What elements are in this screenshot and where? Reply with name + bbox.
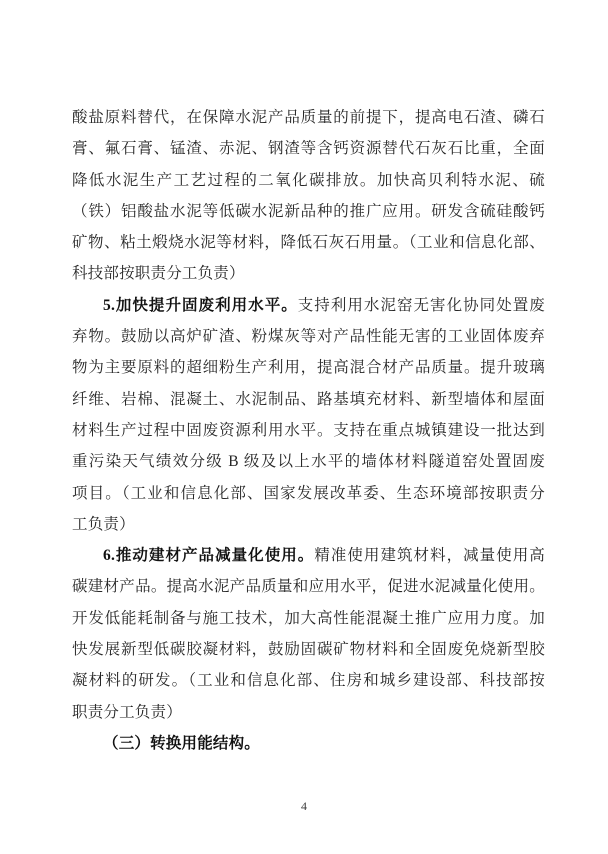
- text-line: 重污染天气绩效分级 B 级及以上水平的墙体材料隧道窑处置固废: [72, 446, 545, 477]
- text-line: 弃物。鼓励以高炉矿渣、粉煤灰等对产品性能无害的工业固体废弃: [72, 321, 545, 352]
- text-line: 项目。（工业和信息化部、国家发展改革委、生态环境部按职责分: [72, 478, 545, 509]
- text-line: 材料生产过程中固废资源利用水平。支持在重点城镇建设一批达到: [72, 415, 545, 446]
- text-run: 精准使用建筑材料，减量使用高: [314, 547, 545, 564]
- page-number: 4: [0, 799, 608, 814]
- item-5-bold-lead: 5.加快提升固废利用水平。: [103, 297, 298, 314]
- text-line: 降低水泥生产工艺过程的二氧化碳排放。加快高贝利特水泥、硫: [72, 165, 545, 196]
- text-line: 膏、氟石膏、锰渣、赤泥、钢渣等含钙资源替代石灰石比重，全面: [72, 133, 545, 164]
- paragraph-5-solid-waste-utilization: 5.加快提升固废利用水平。支持利用水泥窑无害化协同处置废 弃物。鼓励以高炉矿渣、…: [72, 290, 545, 540]
- text-line: 职责分工负责）: [72, 697, 545, 728]
- section-heading-text: （三）转换用能结构。: [103, 735, 260, 752]
- text-line: （铁）铝酸盐水泥等低碳水泥新品种的推广应用。研发含硫硅酸钙: [72, 196, 545, 227]
- text-line: 工负责）: [72, 509, 545, 540]
- document-body: 酸盐原料替代，在保障水泥产品质量的前提下，提高电石渣、磷石 膏、氟石膏、锰渣、赤…: [72, 102, 545, 759]
- section-heading-energy-structure: （三）转换用能结构。: [72, 728, 545, 759]
- text-line: 凝材料的研发。（工业和信息化部、住房和城乡建设部、科技部按: [72, 665, 545, 696]
- text-line: 纤维、岩棉、混凝土、水泥制品、路基填充材料、新型墙体和屋面: [72, 384, 545, 415]
- text-line: 酸盐原料替代，在保障水泥产品质量的前提下，提高电石渣、磷石: [72, 102, 545, 133]
- text-line: 碳建材产品。提高水泥产品质量和应用水平，促进水泥减量化使用。: [72, 571, 545, 602]
- text-line: 科技部按职责分工负责）: [72, 258, 545, 289]
- text-line: 6.推动建材产品减量化使用。精准使用建筑材料，减量使用高: [72, 540, 545, 571]
- text-line: 5.加快提升固废利用水平。支持利用水泥窑无害化协同处置废: [72, 290, 545, 321]
- text-line: 矿物、粘土煅烧水泥等材料，降低石灰石用量。（工业和信息化部、: [72, 227, 545, 258]
- text-run: 支持利用水泥窑无害化协同处置废: [298, 297, 545, 314]
- paragraph-6-material-reduction: 6.推动建材产品减量化使用。精准使用建筑材料，减量使用高 碳建材产品。提高水泥产…: [72, 540, 545, 728]
- text-line: 物为主要原料的超细粉生产利用，提高混合材产品质量。提升玻璃: [72, 352, 545, 383]
- text-line: 快发展新型低碳胶凝材料，鼓励固碳矿物材料和全固废免烧新型胶: [72, 634, 545, 665]
- document-page: 酸盐原料替代，在保障水泥产品质量的前提下，提高电石渣、磷石 膏、氟石膏、锰渣、赤…: [0, 0, 608, 854]
- item-6-bold-lead: 6.推动建材产品减量化使用。: [103, 547, 314, 564]
- text-line: 开发低能耗制备与施工技术，加大高性能混凝土推广应用力度。加: [72, 603, 545, 634]
- paragraph-cement-raw-material: 酸盐原料替代，在保障水泥产品质量的前提下，提高电石渣、磷石 膏、氟石膏、锰渣、赤…: [72, 102, 545, 290]
